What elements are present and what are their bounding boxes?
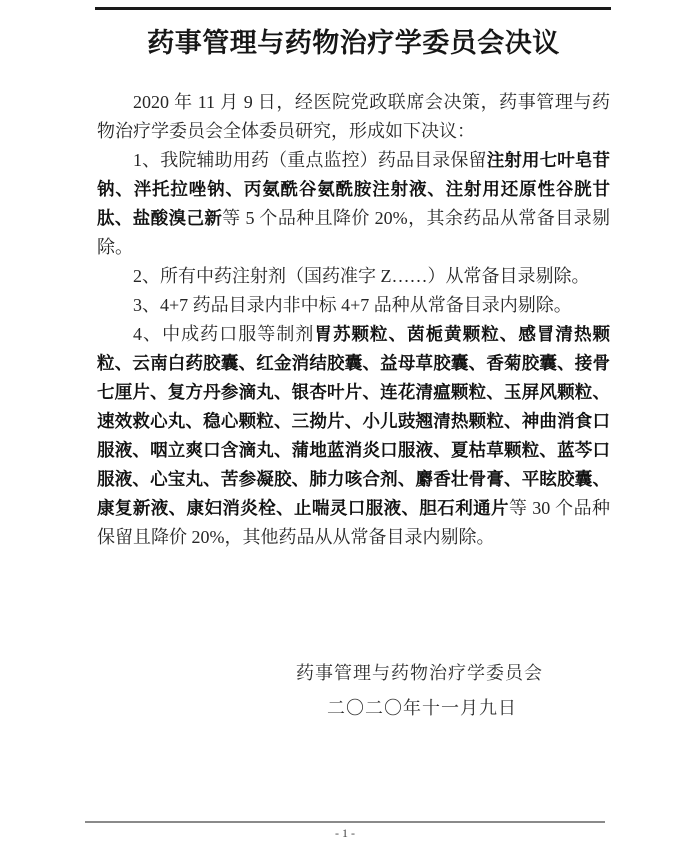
signature-date: 二〇二〇年十一月九日 — [97, 691, 610, 726]
paragraph-item-3: 3、4+7 药品目录内非中标 4+7 品种从常备目录内剔除。 — [97, 291, 610, 320]
paragraph-intro: 2020 年 11 月 9 日，经医院党政联席会决策，药事管理与药物治疗学委员会… — [97, 88, 610, 146]
item2-text: 2、所有中药注射剂（国药准字 Z……）从常备目录剔除。 — [133, 266, 590, 286]
item4-lead-text: 4、中成药口服等制剂 — [133, 324, 314, 344]
signature-committee-name: 药事管理与药物治疗学委员会 — [97, 656, 610, 691]
document-content: 药事管理与药物治疗学委员会决议 2020 年 11 月 9 日，经医院党政联席会… — [0, 0, 690, 726]
signature-block: 药事管理与药物治疗学委员会 二〇二〇年十一月九日 — [97, 656, 610, 726]
document-body: 2020 年 11 月 9 日，经医院党政联席会决策，药事管理与药物治疗学委员会… — [97, 88, 610, 552]
item1-lead-text: 1、我院辅助用药（重点监控）药品目录保留 — [133, 150, 487, 170]
page-number: - 1 - — [0, 825, 690, 841]
paragraph-item-4: 4、中成药口服等制剂胃苏颗粒、茵栀黄颗粒、感冒清热颗粒、云南白药胶囊、红金消结胶… — [97, 320, 610, 552]
document-page: 药事管理与药物治疗学委员会决议 2020 年 11 月 9 日，经医院党政联席会… — [0, 0, 690, 844]
footer-horizontal-rule — [85, 821, 605, 823]
document-title: 药事管理与药物治疗学委员会决议 — [97, 26, 610, 60]
item3-text: 3、4+7 药品目录内非中标 4+7 品种从常备目录内剔除。 — [133, 295, 572, 315]
intro-text: 2020 年 11 月 9 日，经医院党政联席会决策，药事管理与药物治疗学委员会… — [97, 92, 610, 141]
paragraph-item-2: 2、所有中药注射剂（国药准字 Z……）从常备目录剔除。 — [97, 262, 610, 291]
paragraph-item-1: 1、我院辅助用药（重点监控）药品目录保留注射用七叶皂苷钠、泮托拉唑钠、丙氨酰谷氨… — [97, 146, 610, 262]
item4-drug-list-emphasis: 胃苏颗粒、茵栀黄颗粒、感冒清热颗粒、云南白药胶囊、红金消结胶囊、益母草胶囊、香菊… — [97, 324, 610, 518]
